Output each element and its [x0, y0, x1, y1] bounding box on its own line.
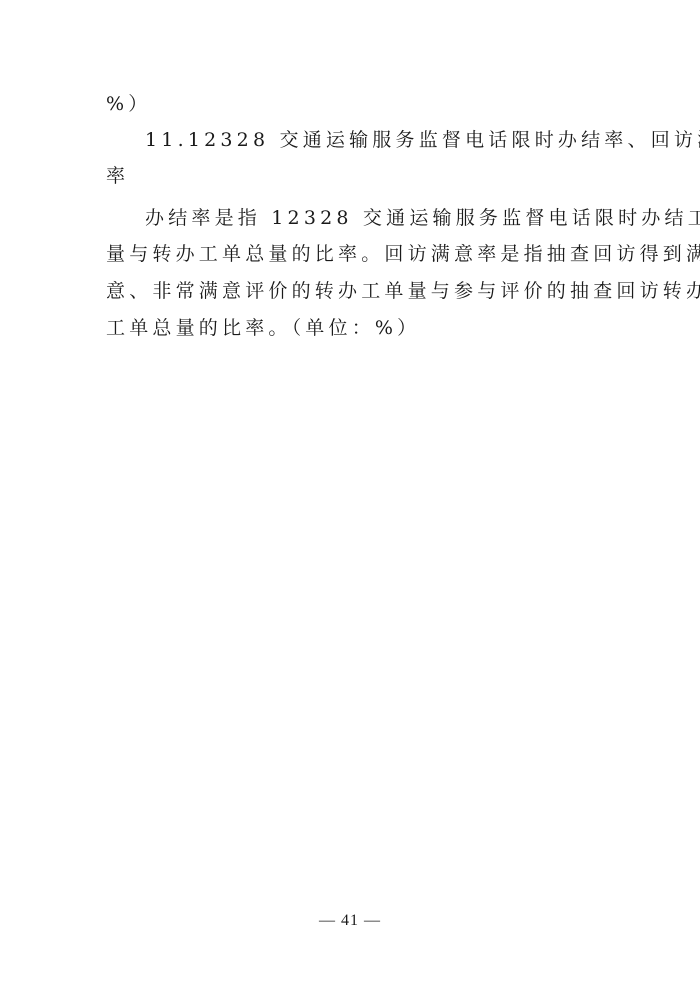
section-heading-line-2: 率	[106, 164, 129, 188]
paragraph-line-3: 意、非常满意评价的转办工单量与参与评价的抽查回访转办	[106, 279, 700, 303]
paragraph-line-2: 量与转办工单总量的比率。回访满意率是指抽查回访得到满	[106, 242, 700, 266]
section-heading-line-1: 11.12328 交通运输服务监督电话限时办结率、回访满意	[145, 128, 700, 152]
paragraph-line-4: 工单总量的比率。（单位：%）	[106, 316, 420, 340]
paragraph-line-1: 办结率是指 12328 交通运输服务监督电话限时办结工单	[145, 206, 700, 230]
page-number: — 41 —	[0, 912, 700, 930]
continuation-text: %）	[106, 92, 151, 116]
